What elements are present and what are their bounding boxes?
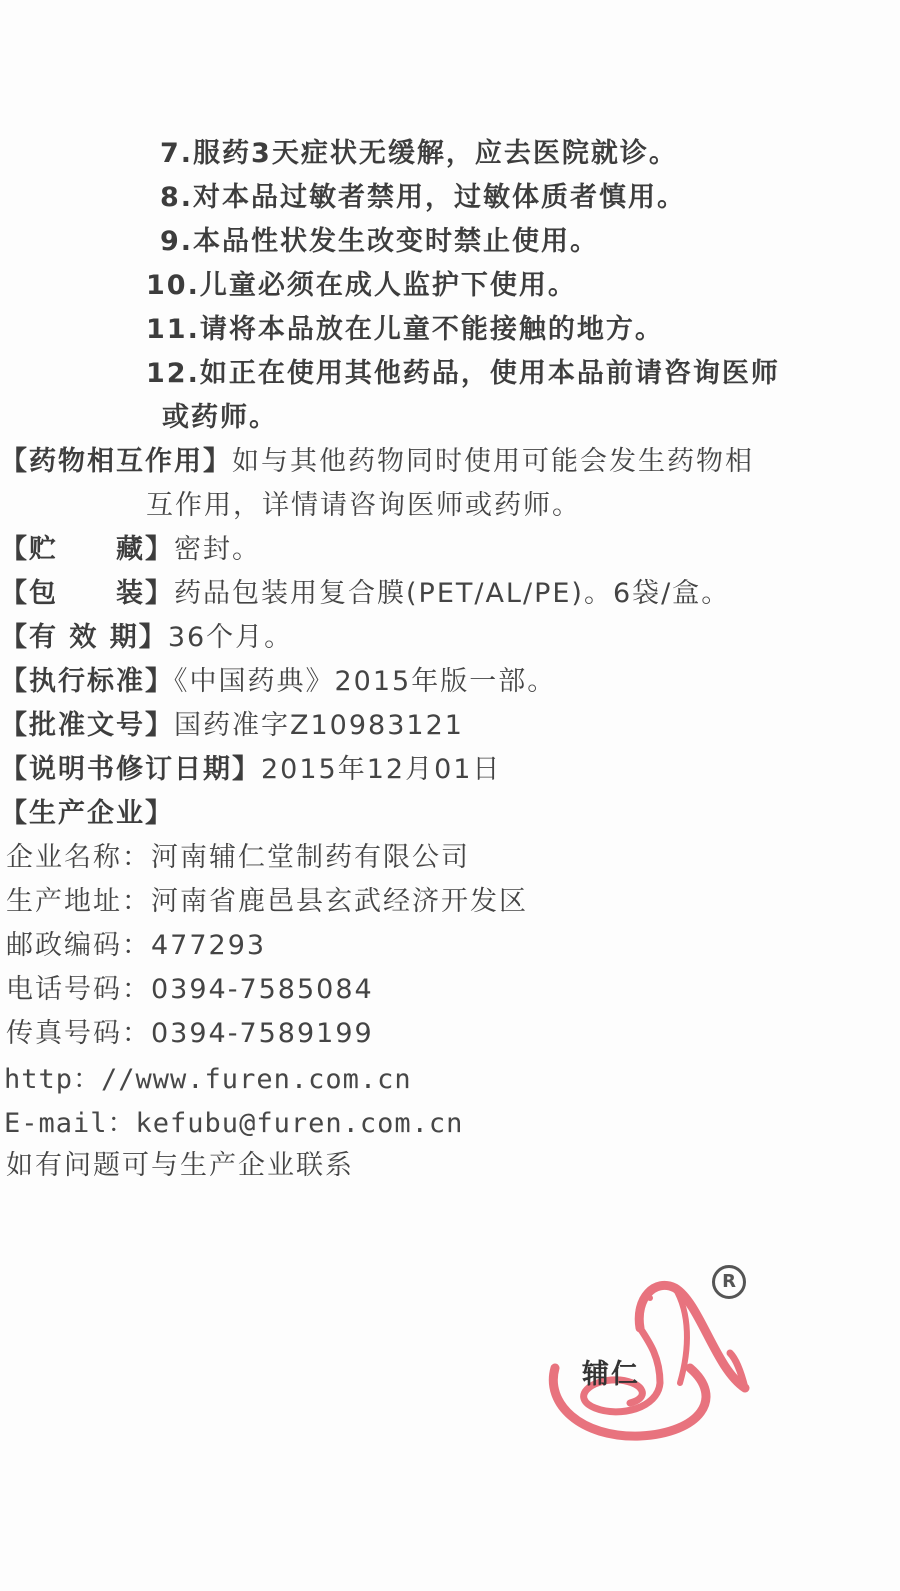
company-phone: 电话号码：0394-7585084 xyxy=(6,972,374,1008)
company-postcode: 邮政编码：477293 xyxy=(6,928,266,964)
company-fax: 传真号码：0394-7589199 xyxy=(6,1016,374,1052)
section-label: 【药物相互作用】 xyxy=(0,446,232,477)
precaution-11: 11.请将本品放在儿童不能接触的地方。 xyxy=(146,312,664,348)
precaution-9: 9.本品性状发生改变时禁止使用。 xyxy=(160,224,599,260)
section-manufacturer: 【生产企业】 xyxy=(0,796,174,832)
precaution-12-cont: 或药师。 xyxy=(162,400,278,436)
precaution-7: 7.服药3天症状无缓解，应去医院就诊。 xyxy=(160,136,678,172)
company-address: 生产地址：河南省鹿邑县玄武经济开发区 xyxy=(6,884,528,920)
section-storage: 【贮 藏】密封。 xyxy=(0,532,261,568)
company-name: 企业名称：河南辅仁堂制药有限公司 xyxy=(6,840,470,876)
section-approval: 【批准文号】国药准字Z10983121 xyxy=(0,708,464,744)
precaution-12: 12.如正在使用其他药品，使用本品前请咨询医师 xyxy=(146,356,780,392)
company-email: E-mail：kefubu@furen.com.cn xyxy=(4,1106,463,1142)
section-interaction-cont: 互作用，详情请咨询医师或药师。 xyxy=(146,488,581,524)
section-interaction: 【药物相互作用】如与其他药物同时使用可能会发生药物相 xyxy=(0,444,754,480)
contact-note: 如有问题可与生产企业联系 xyxy=(6,1148,354,1184)
section-revision: 【说明书修订日期】2015年12月01日 xyxy=(0,752,501,788)
registered-mark-icon: R xyxy=(712,1265,746,1299)
section-standard: 【执行标准】《中国药典》2015年版一部。 xyxy=(0,664,556,700)
logo-text: 辅仁 xyxy=(582,1352,640,1391)
section-validity: 【有 效 期】36个月。 xyxy=(0,620,293,656)
company-website: http：//www.furen.com.cn xyxy=(4,1062,412,1098)
precaution-10: 10.儿童必须在成人监护下使用。 xyxy=(146,268,577,304)
section-package: 【包 装】药品包装用复合膜(PET/AL/PE)。6袋/盒。 xyxy=(0,576,730,612)
precaution-8: 8.对本品过敏者禁用，过敏体质者慎用。 xyxy=(160,180,686,216)
